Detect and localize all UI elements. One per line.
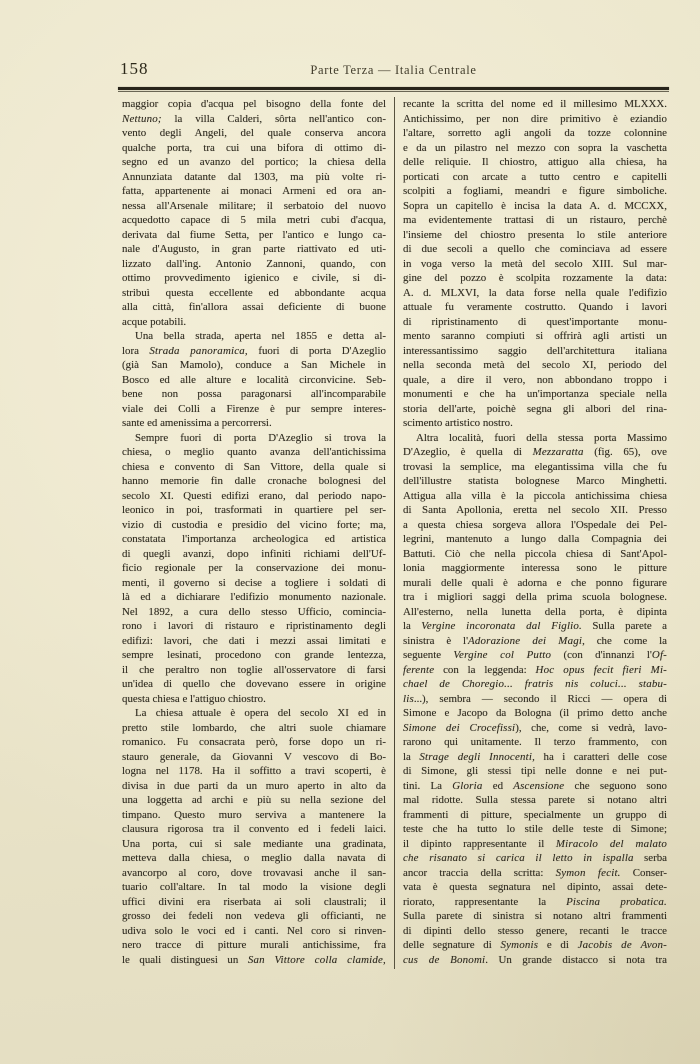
text-segment: viale dei Colli a Firenze è pur sempre i… — [122, 403, 386, 415]
text-line: porticati con arcate a tutto centro e ca… — [403, 170, 667, 185]
text-segment: derivata dal fiume Setta, per l'antico e… — [122, 229, 386, 241]
text-segment: scolpiti a fogliami, meandri e figure si… — [403, 185, 667, 197]
text-segment: Nel 1892, a cura dello stesso Ufficio, c… — [122, 606, 386, 618]
text-line: mento saranno compiuti si offrirà agli a… — [403, 329, 667, 344]
text-line: derivata dal fiume Setta, per l'antico e… — [122, 228, 386, 243]
text-line: hanno memorie fin dalle cronache bologne… — [122, 474, 386, 489]
text-segment: interessantissimo saggio dell'architettu… — [403, 345, 667, 357]
text-segment: trovasi la semplice, ma elegantissima vi… — [403, 461, 667, 473]
italic-text-segment: Ascensione — [513, 780, 564, 792]
text-line: trovasi la semplice, ma elegantissima vi… — [403, 460, 667, 475]
text-line: viale dei Colli a Firenze è pur sempre i… — [122, 402, 386, 417]
text-segment: acquedotto capace di 5 mila metri cubi d… — [122, 214, 386, 226]
text-line: teste che ha tutto lo stile delle teste … — [403, 822, 667, 837]
text-line: cus de Bonomi. Un grande distacco si not… — [403, 953, 667, 968]
text-line: Altra località, fuori della stessa porta… — [403, 431, 667, 446]
text-segment: udiva solo le voci ed i canti. Nel coro … — [122, 925, 386, 937]
text-segment: , che come la — [582, 635, 667, 647]
text-block: maggior copia d'acqua pel bisogno della … — [122, 97, 667, 969]
text-line: ancor traccia della scritta: Symon fecit… — [403, 866, 667, 881]
text-segment: ha i caratteri delle cose — [535, 751, 667, 763]
text-segment: Una bella strada, aperta nel 1855 e dett… — [135, 330, 386, 342]
text-segment: Antichissimo, per non dire primitivo è e… — [403, 113, 667, 125]
text-segment: e da un pilastro nel mezzo con sopra la … — [403, 142, 667, 154]
text-line: scimento artistico nostro. — [403, 416, 667, 431]
text-segment: (con d'innanzi l' — [551, 649, 652, 661]
text-line: ficio regionale per la conservazione dei… — [122, 561, 386, 576]
text-segment: segno ed un avanzo del portico; la chies… — [122, 156, 386, 168]
text-segment: di Santa Apollonia, eretta nel secolo XI… — [403, 504, 667, 516]
text-segment: Bosco ed alle alture e località circonvi… — [122, 374, 386, 386]
text-segment: una loggetta ad archi e più su nella sez… — [122, 794, 386, 806]
text-segment: questa chiesa e l'attiguo chiostro. — [122, 693, 266, 705]
text-line: lonia maggiormente interessa sono le pit… — [403, 561, 667, 576]
text-segment: stribuì questa eccellente ed abbondante … — [122, 287, 386, 299]
text-line: delle reliquie. Il chiostro, attiguo all… — [403, 155, 667, 170]
text-segment: Sulla parete di sinistra si notano altri… — [403, 910, 667, 922]
text-segment: clausura rigorosa tra il convento ed i f… — [122, 823, 386, 835]
text-segment: acque potabili. — [122, 316, 186, 328]
text-line: l'insieme del chiostro presenta lo stile… — [403, 228, 667, 243]
text-line: maggior copia d'acqua pel bisogno della … — [122, 97, 386, 112]
text-line: quale, a dire il vero, non abbondano tro… — [403, 373, 667, 388]
text-line: constatata l'importanza archeologica ed … — [122, 532, 386, 547]
text-line: edifizi: lavori, che dati i mezzi assai … — [122, 634, 386, 649]
text-line: là ed a dichiarare l'edifizio monumento … — [122, 590, 386, 605]
text-segment: con la leggenda: — [434, 664, 535, 676]
text-segment: recante la scritta del nome ed il milles… — [403, 98, 667, 110]
text-line: alla città, fin'allora assai deficiente … — [122, 300, 386, 315]
italic-text-segment: chael de Choregio... fratris nis coluci.… — [403, 678, 667, 690]
text-line: di due secoli a quello che cominciava ad… — [403, 242, 667, 257]
text-segment: lora — [122, 345, 149, 357]
text-segment: riorato, rappresentante la — [403, 896, 566, 908]
text-line: vata è questa segnatura nel dipinto, ass… — [403, 880, 667, 895]
italic-text-segment: Of- — [652, 649, 667, 661]
text-segment: gine del pozzo è scolpita rozzamente la … — [403, 272, 667, 284]
page-header: 158 Parte Terza — Italia Centrale — [118, 57, 669, 83]
text-line: monumenti e che ha un'importanza special… — [403, 387, 667, 402]
text-segment: Altra località, fuori della stessa porta… — [416, 432, 667, 444]
text-segment: a questa chiesa sorgeva allora l'Ospedal… — [403, 519, 667, 531]
text-segment: fatta, appartenente ai monaci Armeni ed … — [122, 185, 386, 197]
text-segment: Una porta, cui si sale mediante una grad… — [122, 838, 386, 850]
text-segment: tini. La — [403, 780, 452, 792]
text-segment: metteva dalla chiesa, o meglio dalla nav… — [122, 852, 386, 864]
text-segment: romanico. Fu consacrata però, forse dopo… — [122, 736, 386, 748]
text-segment: chiesa, o meglio quanto avanza dell'anti… — [122, 446, 386, 458]
text-line: ottimo provvedimento igienico e civile, … — [122, 271, 386, 286]
text-segment: lonia maggiormente interessa sono le pit… — [403, 562, 667, 574]
header-rule-thick — [118, 87, 669, 90]
text-segment: tra i migliori saggi della prima scuola … — [403, 591, 667, 603]
italic-text-segment: Vergine incoronata dal Figlio. — [421, 620, 582, 632]
text-segment: ma evidentemente trattasi di un ristauro… — [403, 214, 667, 226]
text-segment: le quali distinguesi un — [122, 954, 248, 966]
text-line: l'altare, sorretto agli angoli da tozze … — [403, 126, 667, 141]
text-segment: logna nel 1178. Ha il soffitto a travi s… — [122, 765, 386, 777]
text-segment: serba — [634, 852, 667, 864]
text-line: Una bella strada, aperta nel 1855 e dett… — [122, 329, 386, 344]
text-line: questa chiesa e l'attiguo chiostro. — [122, 692, 386, 707]
text-segment: sinistra è l' — [403, 635, 468, 647]
text-line: secolo XI. Questi edifizi erano, dal per… — [122, 489, 386, 504]
italic-text-segment: Symon fecit. — [556, 867, 621, 879]
text-line: nella seconda metà del secolo XI, period… — [403, 358, 667, 373]
text-segment: divisa in due parti da un muro aperto in… — [122, 780, 386, 792]
left-column: maggior copia d'acqua pel bisogno della … — [122, 97, 386, 967]
text-segment: D'Azeglio, è quella di — [403, 446, 533, 458]
text-segment: vento degli Angeli, del quale conserva a… — [122, 127, 386, 139]
text-segment: nero tracce di pitture murali antichissi… — [122, 939, 386, 951]
text-segment: Conser- — [621, 867, 667, 879]
italic-text-segment: San Vittore colla clamide, — [248, 954, 386, 966]
text-line: sante ed amenissima a percorrersi. — [122, 416, 386, 431]
text-line: il dipinto rappresentante il Miracolo de… — [403, 837, 667, 852]
text-segment: porticati con arcate a tutto centro e ca… — [403, 171, 667, 183]
text-line: bene non possa paragonarsi all'incompara… — [122, 387, 386, 402]
text-segment: Sempre fuori di porta D'Azeglio si trova… — [135, 432, 386, 444]
text-segment: La chiesa attuale è opera del secolo XI … — [135, 707, 386, 719]
text-line: Attigua alla villa è la piccola antichis… — [403, 489, 667, 504]
text-line: vizio di custodia e presidio del vicino … — [122, 518, 386, 533]
italic-text-segment: Mezzaratta — [533, 446, 584, 458]
text-line: ma evidentemente trattasi di un ristauro… — [403, 213, 667, 228]
text-segment: di ripristinamento di quest'importante m… — [403, 316, 667, 328]
text-line: qualche porta, tra cui una bifora di ott… — [122, 141, 386, 156]
text-line: clausura rigorosa tra il convento ed i f… — [122, 822, 386, 837]
italic-text-segment: Strage degli Innocenti, — [419, 751, 535, 763]
text-segment: maggior copia d'acqua pel bisogno della … — [122, 98, 386, 110]
text-segment: la villa Calderi, sôrta nell'antico con- — [162, 113, 386, 125]
text-segment: di quegli avanzi, dopo infiniti richiami… — [122, 548, 386, 560]
text-line: una loggetta ad archi e più su nella sez… — [122, 793, 386, 808]
text-segment: di Simone, gli stessi tipi nelle donne e… — [403, 765, 667, 777]
text-segment: quale, a dire il vero, non abbondano tro… — [403, 374, 667, 386]
text-segment: Annunziata datante dal 1303, ma più volt… — [122, 171, 386, 183]
text-segment: constatata l'importanza archeologica ed … — [122, 533, 386, 545]
text-segment: sempre lesinati, procedono con grande le… — [122, 649, 386, 661]
text-segment: di dipinti dello stesso genere, recanti … — [403, 925, 667, 937]
text-segment: Attigua alla villa è la piccola antichis… — [403, 490, 667, 502]
column-divider — [394, 97, 395, 969]
text-line: Bosco ed alle alture e località circonvi… — [122, 373, 386, 388]
text-line: Una porta, cui si sale mediante una grad… — [122, 837, 386, 852]
text-line: la Strage degli Innocenti, ha i caratter… — [403, 750, 667, 765]
text-segment: stauro generale, da Giovanni V vescovo d… — [122, 751, 386, 763]
text-line: Sopra un capitello è incisa la data A. d… — [403, 199, 667, 214]
text-segment: attuale fu veramente costrutto. Quando i… — [403, 301, 667, 313]
text-line: tuario coll'altare. In tal modo la visio… — [122, 880, 386, 895]
text-segment: murali delle quali è adorna e che ponno … — [403, 577, 667, 589]
text-line: chiesa, o meglio quanto avanza dell'anti… — [122, 445, 386, 460]
text-segment: chiesa e convento di San Vittore, della … — [122, 461, 386, 473]
italic-text-segment: che risanato si carica il letto in ispal… — [403, 852, 634, 864]
italic-text-segment: ferente — [403, 664, 434, 676]
text-line: a questa chiesa sorgeva allora l'Ospedal… — [403, 518, 667, 533]
text-segment: qualche porta, tra cui una bifora di ott… — [122, 142, 386, 154]
text-segment: sante ed amenissima a percorrersi. — [122, 417, 272, 429]
text-segment: avancorpo al coro, dove trovavasi anche … — [122, 867, 386, 879]
text-segment: delle reliquie. Il chiostro, attiguo all… — [403, 156, 667, 168]
text-line: tini. La Gloria ed Ascensione che seguon… — [403, 779, 667, 794]
text-segment: pretto stile lombardo, che altri suole c… — [122, 722, 386, 734]
text-line: la Vergine incoronata dal Figlio. Sulla … — [403, 619, 667, 634]
text-segment: tuario coll'altare. In tal modo la visio… — [122, 881, 386, 893]
text-line: La chiesa attuale è opera del secolo XI … — [122, 706, 386, 721]
text-line: acque potabili. — [122, 315, 386, 330]
italic-text-segment: Miracolo del malato — [556, 838, 667, 850]
text-segment: ancor traccia della scritta: — [403, 867, 556, 879]
text-segment: mal ridotte. Sulla stessa parete si nota… — [403, 794, 667, 806]
text-line: murali delle quali è adorna e che ponno … — [403, 576, 667, 591]
italic-text-segment: Symonis — [500, 939, 538, 951]
text-line: un'idea di quello che dovevano essere in… — [122, 677, 386, 692]
text-segment: alla città, fin'allora assai deficiente … — [122, 301, 386, 313]
text-segment: Sulla parete a — [582, 620, 667, 632]
text-segment: fuori di porta D'Azeglio — [248, 345, 386, 357]
text-segment: grosso dei fedeli non vedeva gli officia… — [122, 910, 386, 922]
text-line: le quali distinguesi un San Vittore coll… — [122, 953, 386, 968]
text-line: metteva dalla chiesa, o meglio dalla nav… — [122, 851, 386, 866]
text-line: udiva solo le voci ed i canti. Nel coro … — [122, 924, 386, 939]
text-segment: vizio di custodia e presidio del vicino … — [122, 519, 386, 531]
text-line: Battuti. Ciò che nella piccola chiesa di… — [403, 547, 667, 562]
text-segment: . Un grande distacco si nota tra — [485, 954, 667, 966]
header-rule-thin — [118, 91, 669, 92]
book-page: 158 Parte Terza — Italia Centrale maggio… — [0, 0, 700, 1064]
text-segment: rarono qui unitamente. Il terzo framment… — [403, 736, 667, 748]
text-segment: l'insieme del chiostro presenta lo stile… — [403, 229, 667, 241]
text-segment: scimento artistico nostro. — [403, 417, 513, 429]
text-line: che risanato si carica il letto in ispal… — [403, 851, 667, 866]
text-line: fatta, appartenente ai monaci Armeni ed … — [122, 184, 386, 199]
text-line: Antichissimo, per non dire primitivo è e… — [403, 112, 667, 127]
text-segment: rono i lavori di ristauro e ripristiname… — [122, 620, 386, 632]
text-segment: di due secoli a quello che cominciava ad… — [403, 243, 667, 255]
text-line: chael de Choregio... fratris nis coluci.… — [403, 677, 667, 692]
text-line: mal ridotte. Sulla stessa parete si nota… — [403, 793, 667, 808]
text-line: Annunziata datante dal 1303, ma più volt… — [122, 170, 386, 185]
text-segment: bene non possa paragonarsi all'incompara… — [122, 388, 386, 400]
italic-text-segment: Jacobis de Avon- — [578, 939, 667, 951]
text-line: in voga verso la metà del secolo XIII. S… — [403, 257, 667, 272]
text-line: seguente Vergine col Putto (con d'innanz… — [403, 648, 667, 663]
text-segment: monumenti e che ha un'importanza special… — [403, 388, 667, 400]
text-segment: hanno memorie fin dalle cronache bologne… — [122, 475, 386, 487]
right-column: recante la scritta del nome ed il milles… — [403, 97, 667, 967]
text-segment: il che peraltro non toglie all'osservato… — [122, 664, 386, 676]
text-line: delle segnature di Symonis e di Jacobis … — [403, 938, 667, 953]
italic-text-segment: cus de Bonomi — [403, 954, 485, 966]
text-segment: uffici divini era riserbata ai soli clau… — [122, 896, 386, 908]
text-segment: nale d'Augusto, in gran parte riattivato… — [122, 243, 386, 255]
text-line: segno ed un avanzo del portico; la chies… — [122, 155, 386, 170]
text-line: interessantissimo saggio dell'architettu… — [403, 344, 667, 359]
text-segment: storia dell'arte, poichè segna gli albor… — [403, 403, 667, 415]
text-segment: il dipinto rappresentante il — [403, 838, 556, 850]
text-line: logna nel 1178. Ha il soffitto a travi s… — [122, 764, 386, 779]
text-segment: leonico in poi, trasformati in quartiere… — [122, 504, 386, 516]
text-segment: timpano. Questo muro serviva a mantenere… — [122, 809, 386, 821]
text-line: lis...), sembra — secondo il Ricci — ope… — [403, 692, 667, 707]
italic-text-segment: Simone dei Crocefissi — [403, 722, 515, 734]
text-line: nessa all'Arsenale militare; il serbatoi… — [122, 199, 386, 214]
text-segment: nella seconda metà del secolo XI, period… — [403, 359, 667, 371]
text-line: ferente con la leggenda: Hoc opus fecit … — [403, 663, 667, 678]
text-line: sempre lesinati, procedono con grande le… — [122, 648, 386, 663]
text-segment: A. d. MLXVI, la data forse nella quale l… — [403, 287, 667, 299]
text-segment: ed — [482, 780, 513, 792]
text-segment: seguente — [403, 649, 453, 661]
italic-text-segment: Vergine col Putto — [453, 649, 551, 661]
text-line: legrini, mantenuto a lungo dalla Compagn… — [403, 532, 667, 547]
italic-text-segment: Piscina probatica. — [566, 896, 667, 908]
text-line: timpano. Questo muro serviva a mantenere… — [122, 808, 386, 823]
italic-text-segment: Gloria — [452, 780, 482, 792]
text-segment: ficio regionale per la conservazione dei… — [122, 562, 386, 574]
text-line: Sulla parete di sinistra si notano altri… — [403, 909, 667, 924]
text-line: tra i migliori saggi della prima scuola … — [403, 590, 667, 605]
text-line: acquedotto capace di 5 mila metri cubi d… — [122, 213, 386, 228]
text-line: riorato, rappresentante la Piscina proba… — [403, 895, 667, 910]
text-segment: vata è questa segnatura nel dipinto, ass… — [403, 881, 667, 893]
text-segment: Battuti. Ciò che nella piccola chiesa di… — [403, 548, 667, 560]
text-line: pretto stile lombardo, che altri suole c… — [122, 721, 386, 736]
text-segment: legrini, mantenuto a lungo dalla Compagn… — [403, 533, 667, 545]
text-segment: che seguono sono — [564, 780, 667, 792]
text-line: nero tracce di pitture murali antichissi… — [122, 938, 386, 953]
text-segment: secolo XI. Questi edifizi erano, dal per… — [122, 490, 386, 502]
text-line: di Simone, gli stessi tipi nelle donne e… — [403, 764, 667, 779]
text-segment: ), che, come si vedrà, lavo- — [515, 722, 667, 734]
text-segment: ...), sembra — secondo il Ricci — opera … — [414, 693, 667, 705]
text-segment: teste che ha tutto lo stile delle teste … — [403, 823, 667, 835]
text-line: recante la scritta del nome ed il milles… — [403, 97, 667, 112]
text-segment: la — [403, 620, 421, 632]
text-segment: là ed a dichiarare l'edifizio monumento … — [122, 591, 386, 603]
text-segment: Sopra un capitello è incisa la data A. d… — [403, 200, 667, 212]
text-line: il che peraltro non toglie all'osservato… — [122, 663, 386, 678]
text-line: Simone dei Crocefissi), che, come si ved… — [403, 721, 667, 736]
text-line: menti, il governo si decise a togliere i… — [122, 576, 386, 591]
text-line: rono i lavori di ristauro e ripristiname… — [122, 619, 386, 634]
text-line: vento degli Angeli, del quale conserva a… — [122, 126, 386, 141]
text-line: uffici divini era riserbata ai soli clau… — [122, 895, 386, 910]
text-segment: un'idea di quello che dovevano essere in… — [122, 678, 386, 690]
text-line: scolpiti a fogliami, meandri e figure si… — [403, 184, 667, 199]
text-line: leonico in poi, trasformati in quartiere… — [122, 503, 386, 518]
text-line: lizzato dall'ing. Antonio Zannoni, quand… — [122, 257, 386, 272]
text-line: di ripristinamento di quest'importante m… — [403, 315, 667, 330]
text-segment: e di — [538, 939, 577, 951]
italic-text-segment: Hoc opus fecit fieri Mi- — [536, 664, 667, 676]
text-line: (già San Mamolo), conduce a San Michele … — [122, 358, 386, 373]
text-line: grosso dei fedeli non vedeva gli officia… — [122, 909, 386, 924]
text-segment: Simone e Jacopo da Bologna (il primo det… — [403, 707, 667, 719]
italic-text-segment: lis — [403, 693, 414, 705]
text-line: di quegli avanzi, dopo infiniti richiami… — [122, 547, 386, 562]
text-line: stribuì questa eccellente ed abbondante … — [122, 286, 386, 301]
text-line: storia dell'arte, poichè segna gli albor… — [403, 402, 667, 417]
text-line: Nettuno; la villa Calderi, sôrta nell'an… — [122, 112, 386, 127]
text-segment: mento saranno compiuti si offrirà agli a… — [403, 330, 667, 342]
text-line: dell'illustre statista bolognese Marco M… — [403, 474, 667, 489]
text-line: sinistra è l'Adorazione dei Magi, che co… — [403, 634, 667, 649]
italic-text-segment: Nettuno; — [122, 113, 162, 125]
text-line: Nel 1892, a cura dello stesso Ufficio, c… — [122, 605, 386, 620]
text-segment: lizzato dall'ing. Antonio Zannoni, quand… — [122, 258, 386, 270]
text-line: divisa in due parti da un muro aperto in… — [122, 779, 386, 794]
text-line: lora Strada panoramica, fuori di porta D… — [122, 344, 386, 359]
text-line: attuale fu veramente costrutto. Quando i… — [403, 300, 667, 315]
text-segment: (fig. 65), ove — [584, 446, 667, 458]
text-line: frammenti di pitture, specialmente un gr… — [403, 808, 667, 823]
text-line: A. d. MLXVI, la data forse nella quale l… — [403, 286, 667, 301]
text-line: romanico. Fu consacrata però, forse dopo… — [122, 735, 386, 750]
text-line: di Santa Apollonia, eretta nel secolo XI… — [403, 503, 667, 518]
text-line: nale d'Augusto, in gran parte riattivato… — [122, 242, 386, 257]
header-rule — [118, 87, 669, 92]
text-line: gine del pozzo è scolpita rozzamente la … — [403, 271, 667, 286]
text-segment: (già San Mamolo), conduce a San Michele … — [122, 359, 386, 371]
text-line: di dipinti dello stesso genere, recanti … — [403, 924, 667, 939]
text-line: Simone e Jacopo da Bologna (il primo det… — [403, 706, 667, 721]
text-segment: dell'illustre statista bolognese Marco M… — [403, 475, 667, 487]
text-segment: l'altare, sorretto agli angoli da tozze … — [403, 127, 667, 139]
text-line: rarono qui unitamente. Il terzo framment… — [403, 735, 667, 750]
text-line: Sempre fuori di porta D'Azeglio si trova… — [122, 431, 386, 446]
text-segment: delle segnature di — [403, 939, 500, 951]
text-segment: nessa all'Arsenale militare; il serbatoi… — [122, 200, 386, 212]
text-segment: frammenti di pitture, specialmente un gr… — [403, 809, 667, 821]
text-segment: in voga verso la metà del secolo XIII. S… — [403, 258, 667, 270]
italic-text-segment: Strada panoramica, — [149, 345, 247, 357]
text-line: All'esterno, nella lunetta della porta, … — [403, 605, 667, 620]
italic-text-segment: Adorazione dei Magi — [468, 635, 582, 647]
text-line: stauro generale, da Giovanni V vescovo d… — [122, 750, 386, 765]
text-line: avancorpo al coro, dove trovavasi anche … — [122, 866, 386, 881]
text-segment: edifizi: lavori, che dati i mezzi assai … — [122, 635, 386, 647]
text-segment: All'esterno, nella lunetta della porta, … — [403, 606, 667, 618]
running-title: Parte Terza — Italia Centrale — [118, 63, 669, 78]
text-line: D'Azeglio, è quella di Mezzaratta (fig. … — [403, 445, 667, 460]
text-line: e da un pilastro nel mezzo con sopra la … — [403, 141, 667, 156]
text-line: chiesa e convento di San Vittore, della … — [122, 460, 386, 475]
text-segment: menti, il governo si decise a togliere i… — [122, 577, 386, 589]
text-segment: la — [403, 751, 419, 763]
text-segment: ottimo provvedimento igienico e civile, … — [122, 272, 386, 284]
